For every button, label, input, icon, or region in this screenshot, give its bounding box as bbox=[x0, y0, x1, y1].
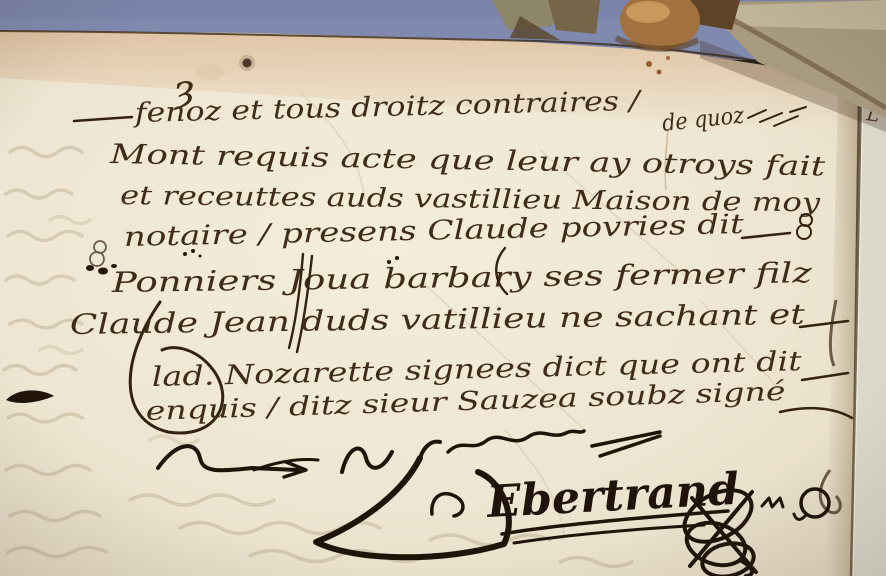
photo-vignette bbox=[0, 0, 886, 576]
manuscript-photo: L ȝ fenoz et tous droitz contraires / de… bbox=[0, 0, 886, 576]
manuscript-photo-canvas: L ȝ fenoz et tous droitz contraires / de… bbox=[0, 0, 886, 576]
